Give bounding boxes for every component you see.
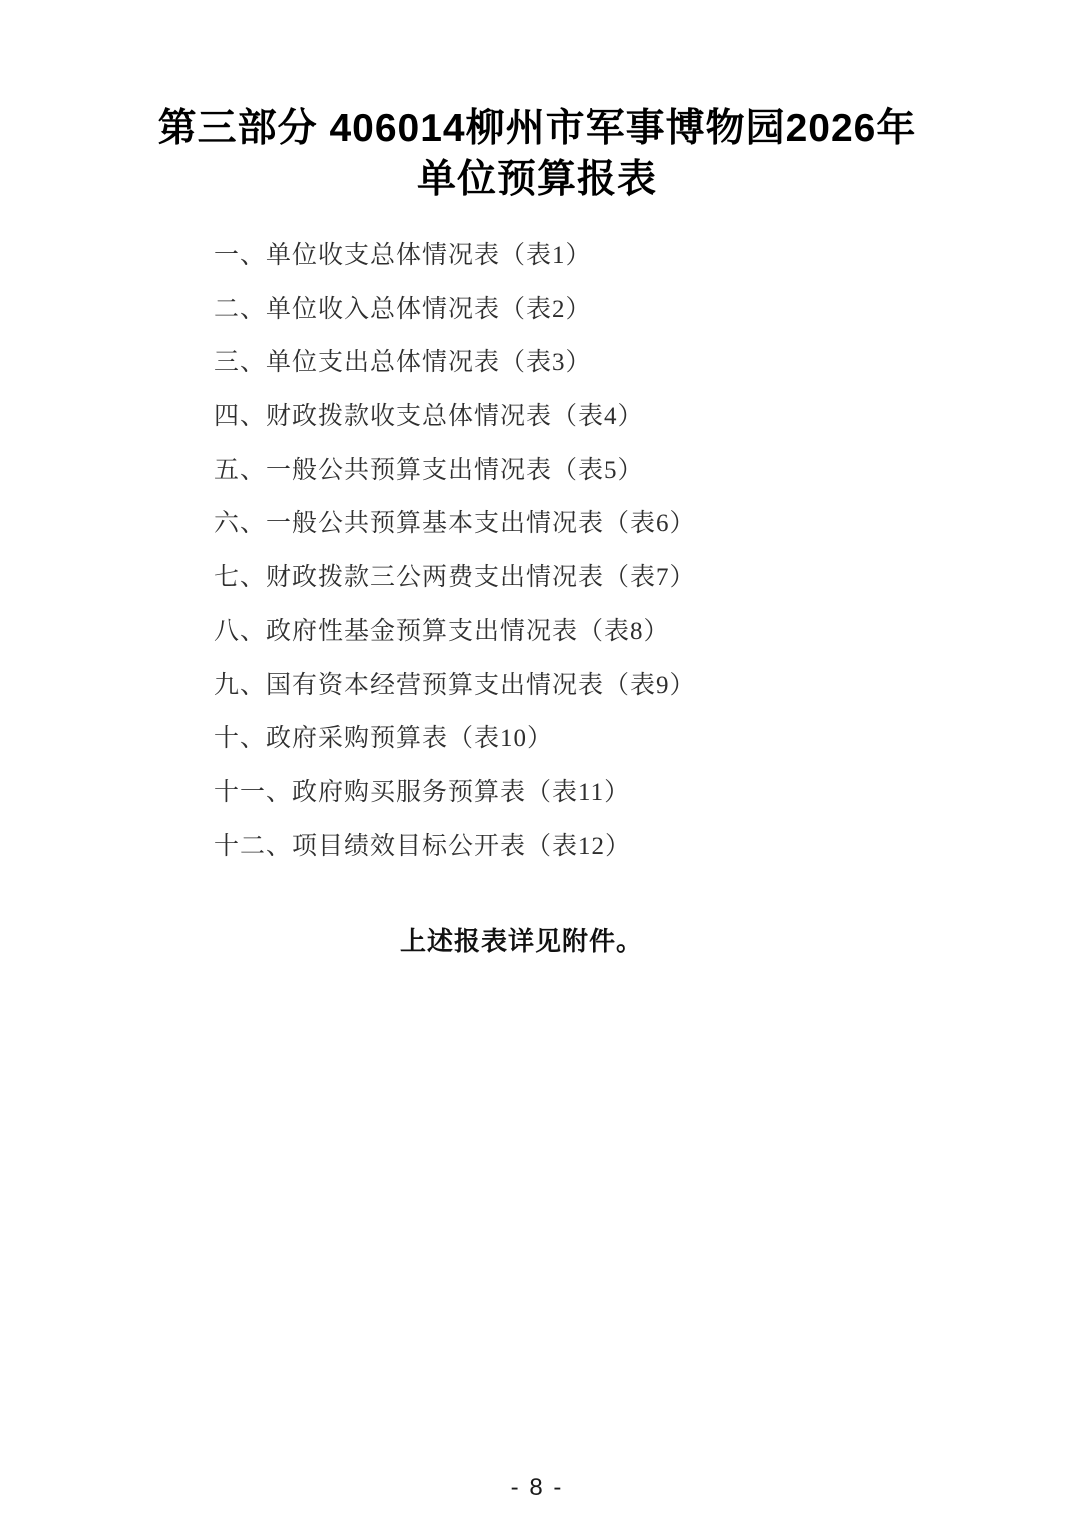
toc-item: 九、国有资本经营预算支出情况表（表9）: [214, 670, 934, 724]
toc-item: 八、政府性基金预算支出情况表（表8）: [214, 616, 934, 670]
page-title-line1: 第三部分 406014柳州市军事博物园2026年: [158, 107, 917, 150]
toc-item: 五、一般公共预算支出情况表（表5）: [214, 455, 934, 509]
toc-item: 七、财政拨款三公两费支出情况表（表7）: [214, 562, 934, 616]
toc-item: 三、单位支出总体情况表（表3）: [214, 347, 934, 401]
toc-item: 六、一般公共预算基本支出情况表（表6）: [214, 508, 934, 562]
page-title: 第三部分 406014柳州市军事博物园2026年 单位预算报表: [0, 103, 1074, 205]
toc-item: 二、单位收入总体情况表（表2）: [214, 294, 934, 348]
toc-item: 十一、政府购买服务预算表（表11）: [214, 777, 934, 831]
toc-item: 十、政府采购预算表（表10）: [214, 723, 934, 777]
document-page: 第三部分 406014柳州市军事博物园2026年 单位预算报表 一、单位收支总体…: [0, 0, 1074, 1520]
page-number: - 8 -: [0, 1474, 1074, 1502]
toc-item: 十二、项目绩效目标公开表（表12）: [214, 831, 934, 885]
toc-item: 一、单位收支总体情况表（表1）: [214, 240, 934, 294]
page-title-line2: 单位预算报表: [417, 158, 657, 201]
closing-note: 上述报表详见附件。: [400, 921, 643, 958]
toc-item: 四、财政拨款收支总体情况表（表4）: [214, 401, 934, 455]
table-of-contents: 一、单位收支总体情况表（表1） 二、单位收入总体情况表（表2） 三、单位支出总体…: [214, 240, 934, 884]
